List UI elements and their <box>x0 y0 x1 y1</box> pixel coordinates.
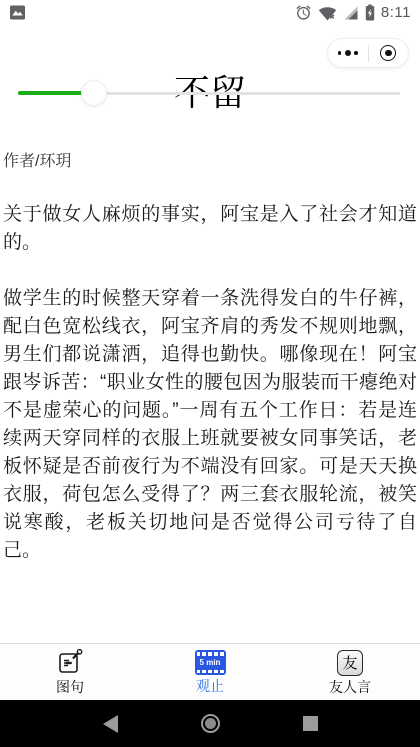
film-sprockets-top <box>197 652 224 656</box>
article-paragraph: 做学生的时候整天穿着一条洗得发白的牛仔裤，配白色宽松线衣，阿宝齐肩的秀发不规则地… <box>3 285 417 565</box>
tab-label: 友人言 <box>329 679 371 695</box>
tab-youren-yan[interactable]: 友 友人言 <box>280 644 420 700</box>
tab-label: 观止 <box>196 678 224 694</box>
film-5min-icon: 5 min <box>195 650 226 675</box>
slider-thumb[interactable] <box>81 80 107 106</box>
alarm-icon <box>295 4 312 21</box>
miniprogram-capsule <box>327 38 409 68</box>
film-sprockets-bottom <box>197 670 224 674</box>
tab-label: 图句 <box>56 679 84 695</box>
status-time: 8:11 <box>381 4 411 21</box>
article-content: 不留 作者/环玥 关于做女人麻烦的事实，阿宝是入了社会才知道的。 做学生的时候整… <box>0 71 420 565</box>
more-dots-icon <box>338 50 358 56</box>
film-duration-badge: 5 min <box>197 658 224 667</box>
battery-charging-icon <box>365 4 375 21</box>
circle-dot-exit-icon <box>380 45 396 61</box>
exit-button[interactable] <box>369 39 409 67</box>
status-bar: 8:11 <box>0 0 420 25</box>
memo-icon <box>56 649 84 676</box>
android-nav-bar <box>0 700 420 747</box>
status-bar-left <box>9 4 26 21</box>
tab-tujv[interactable]: 图句 <box>0 644 140 700</box>
article-author: 作者/环玥 <box>3 151 417 173</box>
screenshot-image-icon <box>9 4 26 21</box>
back-icon[interactable] <box>103 715 118 733</box>
cell-signal-icon <box>343 5 359 21</box>
wifi-off-icon <box>318 5 337 21</box>
article-paragraph: 关于做女人麻烦的事实，阿宝是入了社会才知道的。 <box>3 201 417 257</box>
friend-icon: 友 <box>337 650 363 676</box>
status-bar-right: 8:11 <box>295 4 411 21</box>
tab-guanzhi[interactable]: 5 min 观止 <box>140 644 280 700</box>
home-icon[interactable] <box>201 714 220 733</box>
recents-icon[interactable] <box>303 716 318 731</box>
reading-progress-slider[interactable] <box>18 80 400 106</box>
bottom-tab-bar: 图句 5 min 观止 友 友人言 <box>0 643 420 700</box>
more-button[interactable] <box>328 39 368 67</box>
